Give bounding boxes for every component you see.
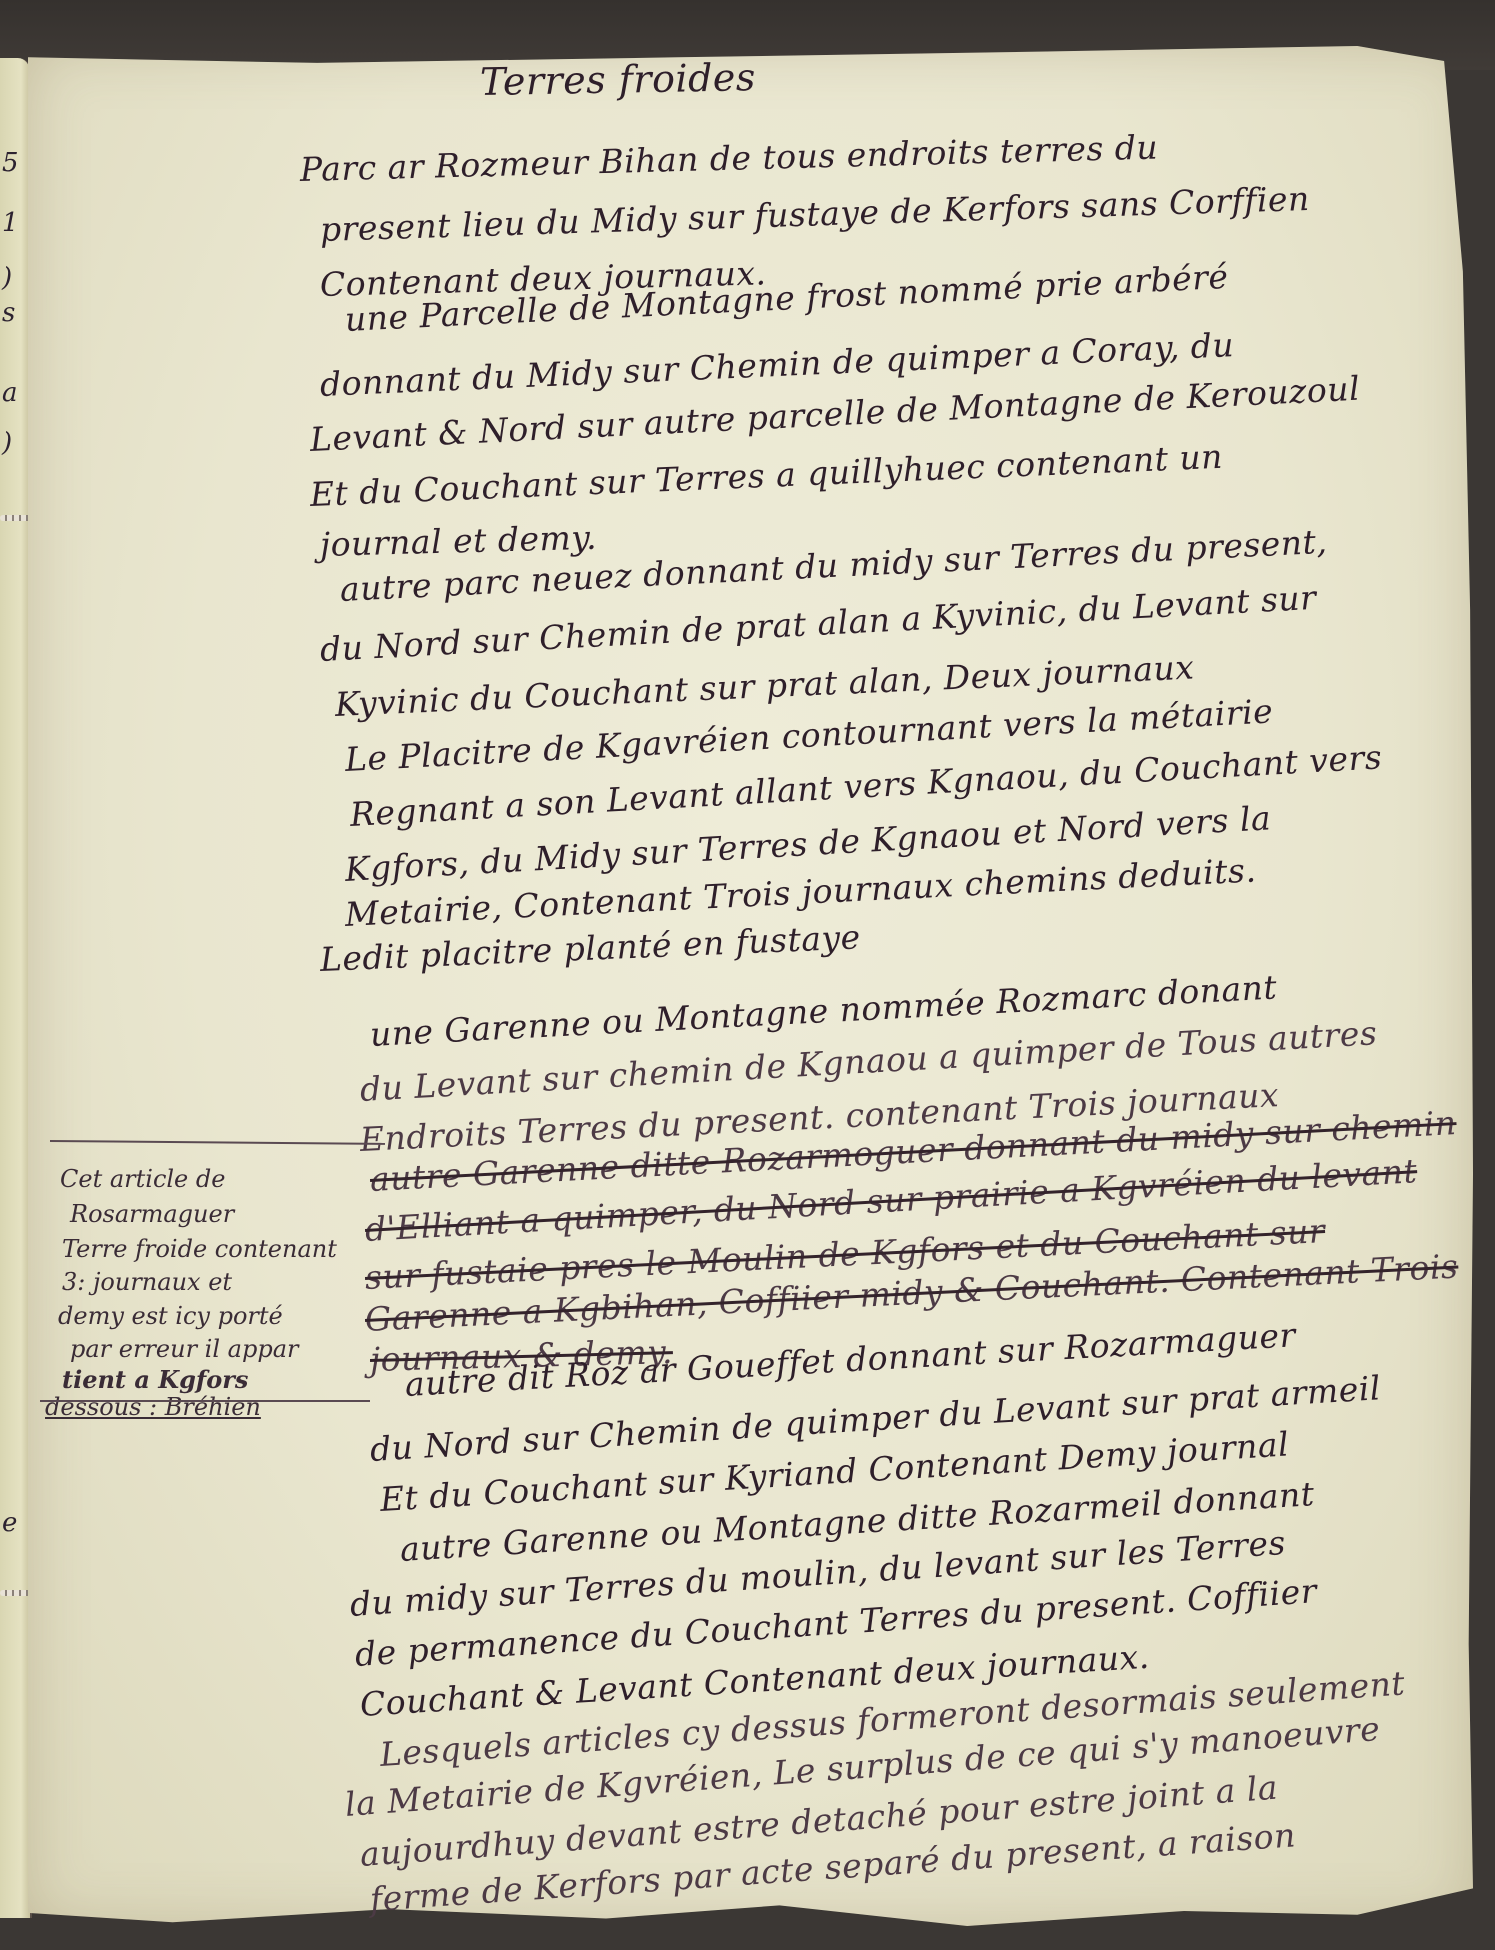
page-title: Terres froides [480,55,757,104]
previous-page-mark: 5 [2,148,19,178]
margin-note-line: dessous : Bréhien [45,1393,261,1421]
previous-page-mark: e [2,1508,17,1538]
previous-page-mark: ) [2,428,12,458]
margin-note-line: 3: journaux et [62,1268,232,1296]
previous-page-mark: 1 [2,208,19,238]
entry-line: journal et demy. [319,518,597,564]
previous-page-mark: a [2,378,18,408]
margin-rule [40,1400,370,1402]
margin-note-line: Cet article de [60,1165,225,1193]
margin-note-line: demy est icy porté [58,1302,283,1330]
margin-note-line: Rosarmaguer [70,1200,234,1228]
margin-note-line: par erreur il appar [70,1335,298,1363]
margin-note-line: Terre froide contenant [62,1235,337,1263]
previous-page-mark: s [2,298,15,328]
previous-page-edge: 5 1 ) s a ) e [0,58,32,1918]
margin-note-line: tient a Kgfors [62,1365,248,1394]
previous-page-mark: ) [2,263,12,293]
